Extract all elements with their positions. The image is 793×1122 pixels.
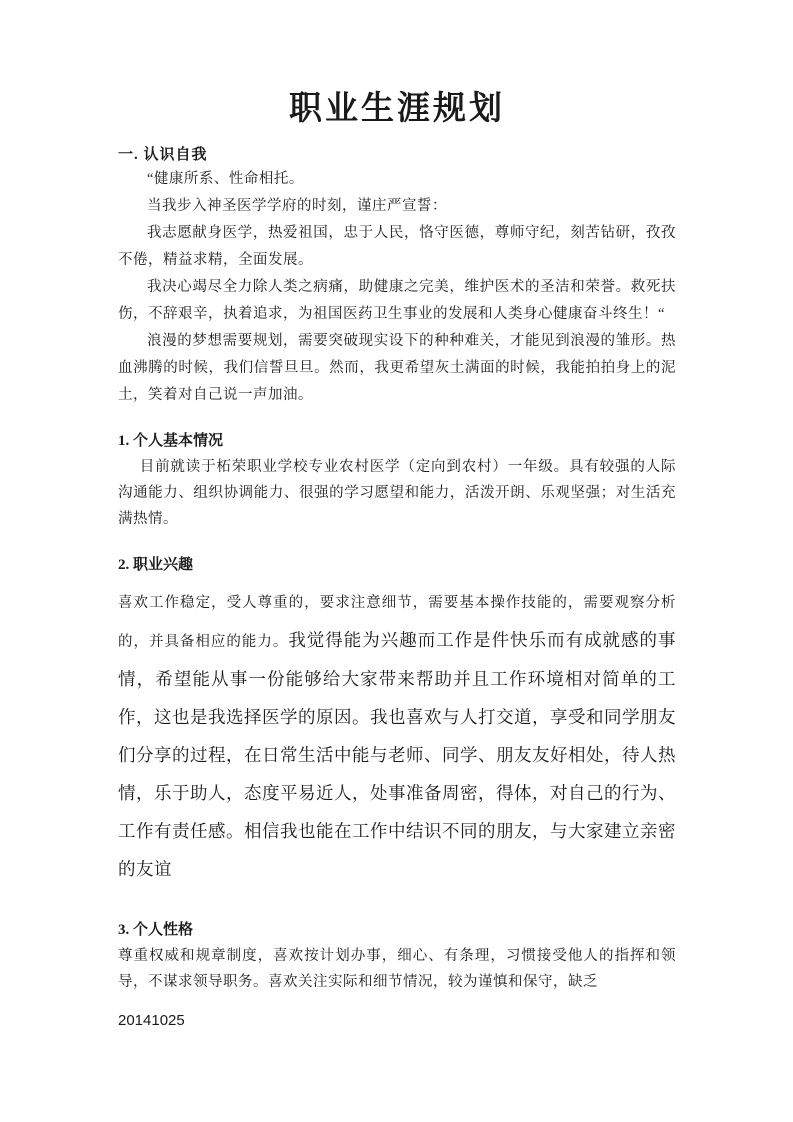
oath-dedication-paragraph: 我志愿献身医学，热爱祖国，忠于人民，恪守医德，尊师守纪，刻苦钻研，孜孜不倦，精益…: [118, 220, 676, 274]
personality-paragraph: 尊重权威和规章制度，喜欢按计划办事，细心、有条理，习惯接受他人的指挥和领导，不谋…: [118, 943, 676, 995]
section-heading-know-yourself: 一. 认识自我: [118, 144, 676, 166]
document-page: 职业生涯规划 一. 认识自我 “健康所系、性命相托。 当我步入神圣医学学府的时刻…: [0, 0, 793, 1122]
oath-intro-paragraph: 当我步入神圣医学学府的时刻，谨庄严宣誓：: [118, 193, 676, 220]
oath-quote-opening: “健康所系、性命相托。: [118, 166, 676, 193]
section-heading-personality: 3. 个人性格: [118, 919, 676, 941]
oath-resolution-paragraph: 我决心竭尽全力除人类之病痛，助健康之完美，维护医术的圣洁和荣誉。救死扶伤，不辞艰…: [118, 274, 676, 328]
dream-planning-paragraph: 浪漫的梦想需要规划，需要突破现实设下的种种难关，才能见到浪漫的雏形。热血沸腾的时…: [118, 328, 676, 409]
footer-date: 20141025: [118, 1011, 676, 1031]
section-heading-career-interest: 2. 职业兴趣: [118, 554, 676, 576]
basic-info-paragraph: 目前就读于柘荣职业学校专业农村医学（定向到农村）一年级。具有较强的人际沟通能力、…: [118, 454, 676, 532]
document-title: 职业生涯规划: [118, 86, 676, 132]
section-heading-basic-info: 1. 个人基本情况: [118, 430, 676, 452]
career-interest-paragraph: 喜欢工作稳定，受人尊重的，要求注意细节，需要基本操作技能的，需要观察分析的，并具…: [118, 584, 676, 889]
career-interest-rest-text: 我觉得能为兴趣而工作是件快乐而有成就感的事情，希望能从事一份能够给大家带来帮助并…: [118, 630, 676, 879]
